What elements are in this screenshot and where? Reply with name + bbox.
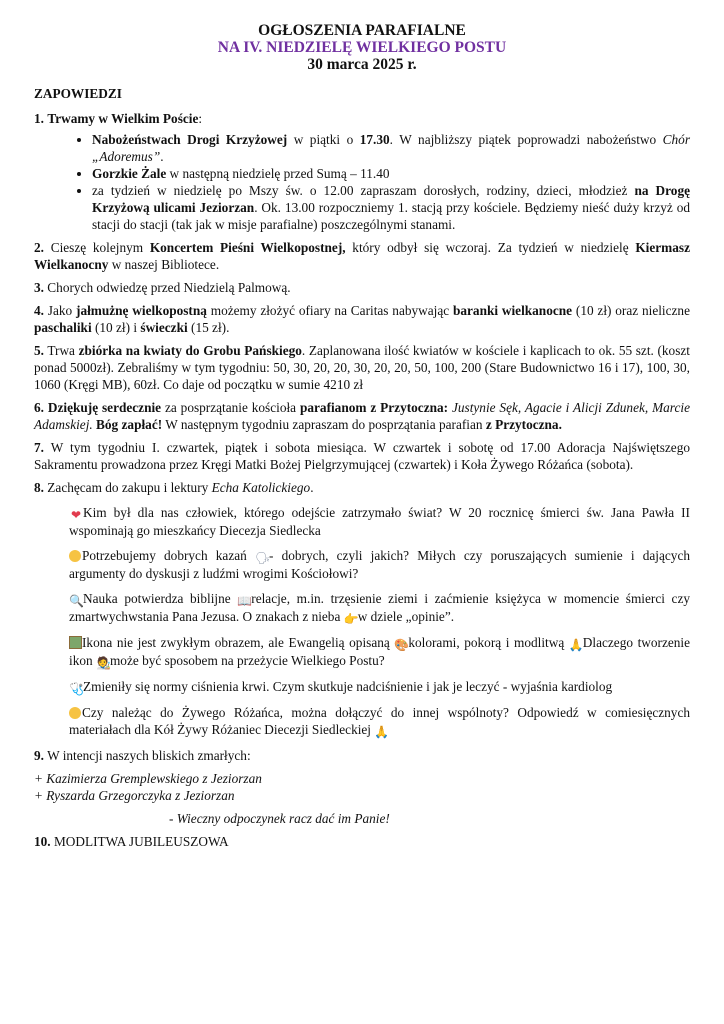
deceased-name: + Ryszarda Grzegorczyka z Jeziorzan xyxy=(34,787,690,804)
text: W intencji naszych bliskich zmarłych: xyxy=(44,748,251,763)
document-date: 30 marca 2025 r. xyxy=(34,56,690,73)
item-8: 8. Zachęcam do zakupu i lektury Echa Kat… xyxy=(34,479,690,496)
text: który odbył się wczoraj. Za tydzień w ni… xyxy=(346,240,636,255)
item-1-bullet-list: Nabożeństwach Drogi Krzyżowej w piątki o… xyxy=(34,131,690,233)
text: MODLITWA JUBILEUSZOWA xyxy=(51,834,229,849)
text: Potrzebujemy dobrych kazań xyxy=(82,548,255,563)
bold-text: parafianom z Przytoczna: xyxy=(300,400,448,415)
item-number: 3. xyxy=(34,280,44,295)
item-number: 8. xyxy=(34,480,44,495)
text: Kim był dla nas człowiek, którego odejśc… xyxy=(69,505,690,538)
bold-text: z Przytoczna. xyxy=(486,417,562,432)
text: w dziele „opinie”. xyxy=(358,609,454,624)
bold-text: Nabożeństwach Drogi Krzyżowej xyxy=(92,132,287,147)
thinking-face-icon xyxy=(69,550,81,562)
praying-hands-icon: 🙏 xyxy=(374,725,388,739)
deceased-name: + Kazimierza Gremplewskiego z Jeziorzan xyxy=(34,770,690,787)
magnifying-glass-icon: 🔍 xyxy=(69,594,83,608)
text: (10 zł) oraz nieliczne xyxy=(572,303,690,318)
item-10: 10. MODLITWA JUBILEUSZOWA xyxy=(34,833,690,850)
text: Zachęcam do zakupu i lektury xyxy=(44,480,212,495)
heart-icon: ❤ xyxy=(69,508,83,522)
document-subtitle: NA IV. NIEDZIELĘ WIELKIEGO POSTU xyxy=(34,39,690,56)
text: Nauka potwierdza biblijne xyxy=(83,591,237,606)
document-header: OGŁOSZENIA PARAFIALNE NA IV. NIEDZIELĘ W… xyxy=(34,22,690,73)
bold-text: zbiórka na kwiaty do Grobu Pańskiego xyxy=(79,343,302,358)
item-number: 5. xyxy=(34,343,44,358)
text: możemy złożyć ofiary na Caritas nabywają… xyxy=(207,303,453,318)
item-8-articles: ❤Kim był dla nas człowiek, którego odejś… xyxy=(34,504,690,739)
bold-text: baranki wielkanocne xyxy=(453,303,572,318)
bold-text: Dziękuję serdecznie xyxy=(44,400,161,415)
bold-text: Koncertem Pieśni Wielkopostnej, xyxy=(150,240,346,255)
item-5: 5. Trwa zbiórka na kwiaty do Grobu Pańsk… xyxy=(34,342,690,393)
item-7: 7. W tym tygodniu I. czwartek, piątek i … xyxy=(34,439,690,473)
text: (15 zł). xyxy=(188,320,230,335)
item-2: 2. Cieszę kolejnym Koncertem Pieśni Wiel… xyxy=(34,239,690,273)
bold-text: 17.30 xyxy=(360,132,390,147)
framed-picture-icon xyxy=(69,636,82,649)
text: w następną niedzielę przed Sumą – 11.40 xyxy=(166,166,389,181)
text: Cieszę kolejnym xyxy=(44,240,150,255)
bold-text: Gorzkie Żale xyxy=(92,166,166,181)
artist-icon: 🧑‍🎨 xyxy=(96,656,110,670)
item-1-heading: 1. Trwamy w Wielkim Poście: xyxy=(34,110,690,127)
open-book-icon: 📖 xyxy=(237,594,251,608)
italic-text: Echa Katolickiego xyxy=(212,480,311,495)
text: (10 zł) i xyxy=(92,320,141,335)
text: może być sposobem na przeżycie Wielkiego… xyxy=(110,653,385,668)
bold-text: paschaliki xyxy=(34,320,92,335)
section-title: ZAPOWIEDZI xyxy=(34,85,690,102)
text: Chorych odwiedzę przed Niedzielą Palmową… xyxy=(44,280,291,295)
bold-text: Bóg zapłać! xyxy=(93,417,162,432)
speaking-head-icon: 🗣 xyxy=(255,551,269,565)
colon: : xyxy=(198,111,202,126)
text: kolorami, pokorą i modlitwą xyxy=(408,635,568,650)
text: . W najbliższy piątek poprowadzi nabożeń… xyxy=(390,132,663,147)
item-title: Trwamy w Wielkim Poście xyxy=(47,111,198,126)
thinking-face-icon xyxy=(69,707,81,719)
text: W tym tygodniu I. czwartek, piątek i sob… xyxy=(34,440,690,472)
article-item: Ikona nie jest zwykłym obrazem, ale Ewan… xyxy=(69,634,690,670)
stethoscope-icon: 🩺 xyxy=(69,682,83,696)
eternal-rest-prayer: - Wieczny odpoczynek racz dać im Panie! xyxy=(34,810,690,827)
text: Ikona nie jest zwykłym obrazem, ale Ewan… xyxy=(82,635,394,650)
article-item: ❤Kim był dla nas człowiek, którego odejś… xyxy=(69,504,690,539)
item-6: 6. Dziękuję serdecznie za posprzątanie k… xyxy=(34,399,690,433)
pointing-hand-icon: 👉 xyxy=(344,612,358,626)
item-number: 9. xyxy=(34,748,44,763)
text: w naszej Bibliotece. xyxy=(108,257,219,272)
document-title: OGŁOSZENIA PARAFIALNE xyxy=(34,22,690,39)
text: Trwa xyxy=(44,343,79,358)
praying-hands-icon: 🙏 xyxy=(569,638,583,652)
text: Zmieniły się normy ciśnienia krwi. Czym … xyxy=(83,679,612,694)
article-item: Potrzebujemy dobrych kazań 🗣- dobrych, c… xyxy=(69,547,690,582)
article-item: Czy należąc do Żywego Różańca, można doł… xyxy=(69,704,690,739)
text: . xyxy=(160,149,163,164)
announcements-page: OGŁOSZENIA PARAFIALNE NA IV. NIEDZIELĘ W… xyxy=(0,0,724,850)
palette-icon: 🎨 xyxy=(394,638,408,652)
item-number: 2. xyxy=(34,240,44,255)
text: Jako xyxy=(44,303,76,318)
item-4: 4. Jako jałmużnę wielkopostną możemy zło… xyxy=(34,302,690,336)
bullet-item: Nabożeństwach Drogi Krzyżowej w piątki o… xyxy=(92,131,690,165)
item-number: 6. xyxy=(34,400,44,415)
bold-text: świeczki xyxy=(140,320,187,335)
article-item: 🩺Zmieniły się normy ciśnienia krwi. Czym… xyxy=(69,678,690,696)
text: w piątki o xyxy=(287,132,360,147)
text: W następnym tygodniu zapraszam do posprz… xyxy=(162,417,486,432)
bullet-item: za tydzień w niedzielę po Mszy św. o 12.… xyxy=(92,182,690,233)
text: za tydzień w niedzielę po Mszy św. o 12.… xyxy=(92,183,634,198)
bold-text: jałmużnę wielkopostną xyxy=(76,303,207,318)
bullet-item: Gorzkie Żale w następną niedzielę przed … xyxy=(92,165,690,182)
item-number: 7. xyxy=(34,440,44,455)
item-3: 3. Chorych odwiedzę przed Niedzielą Palm… xyxy=(34,279,690,296)
item-9: 9. W intencji naszych bliskich zmarłych: xyxy=(34,747,690,764)
article-item: 🔍Nauka potwierdza biblijne 📖relacje, m.i… xyxy=(69,590,690,626)
item-number: 1. xyxy=(34,111,44,126)
text: za posprzątanie kościoła xyxy=(161,400,300,415)
item-number: 10. xyxy=(34,834,51,849)
item-number: 4. xyxy=(34,303,44,318)
text: . xyxy=(310,480,313,495)
